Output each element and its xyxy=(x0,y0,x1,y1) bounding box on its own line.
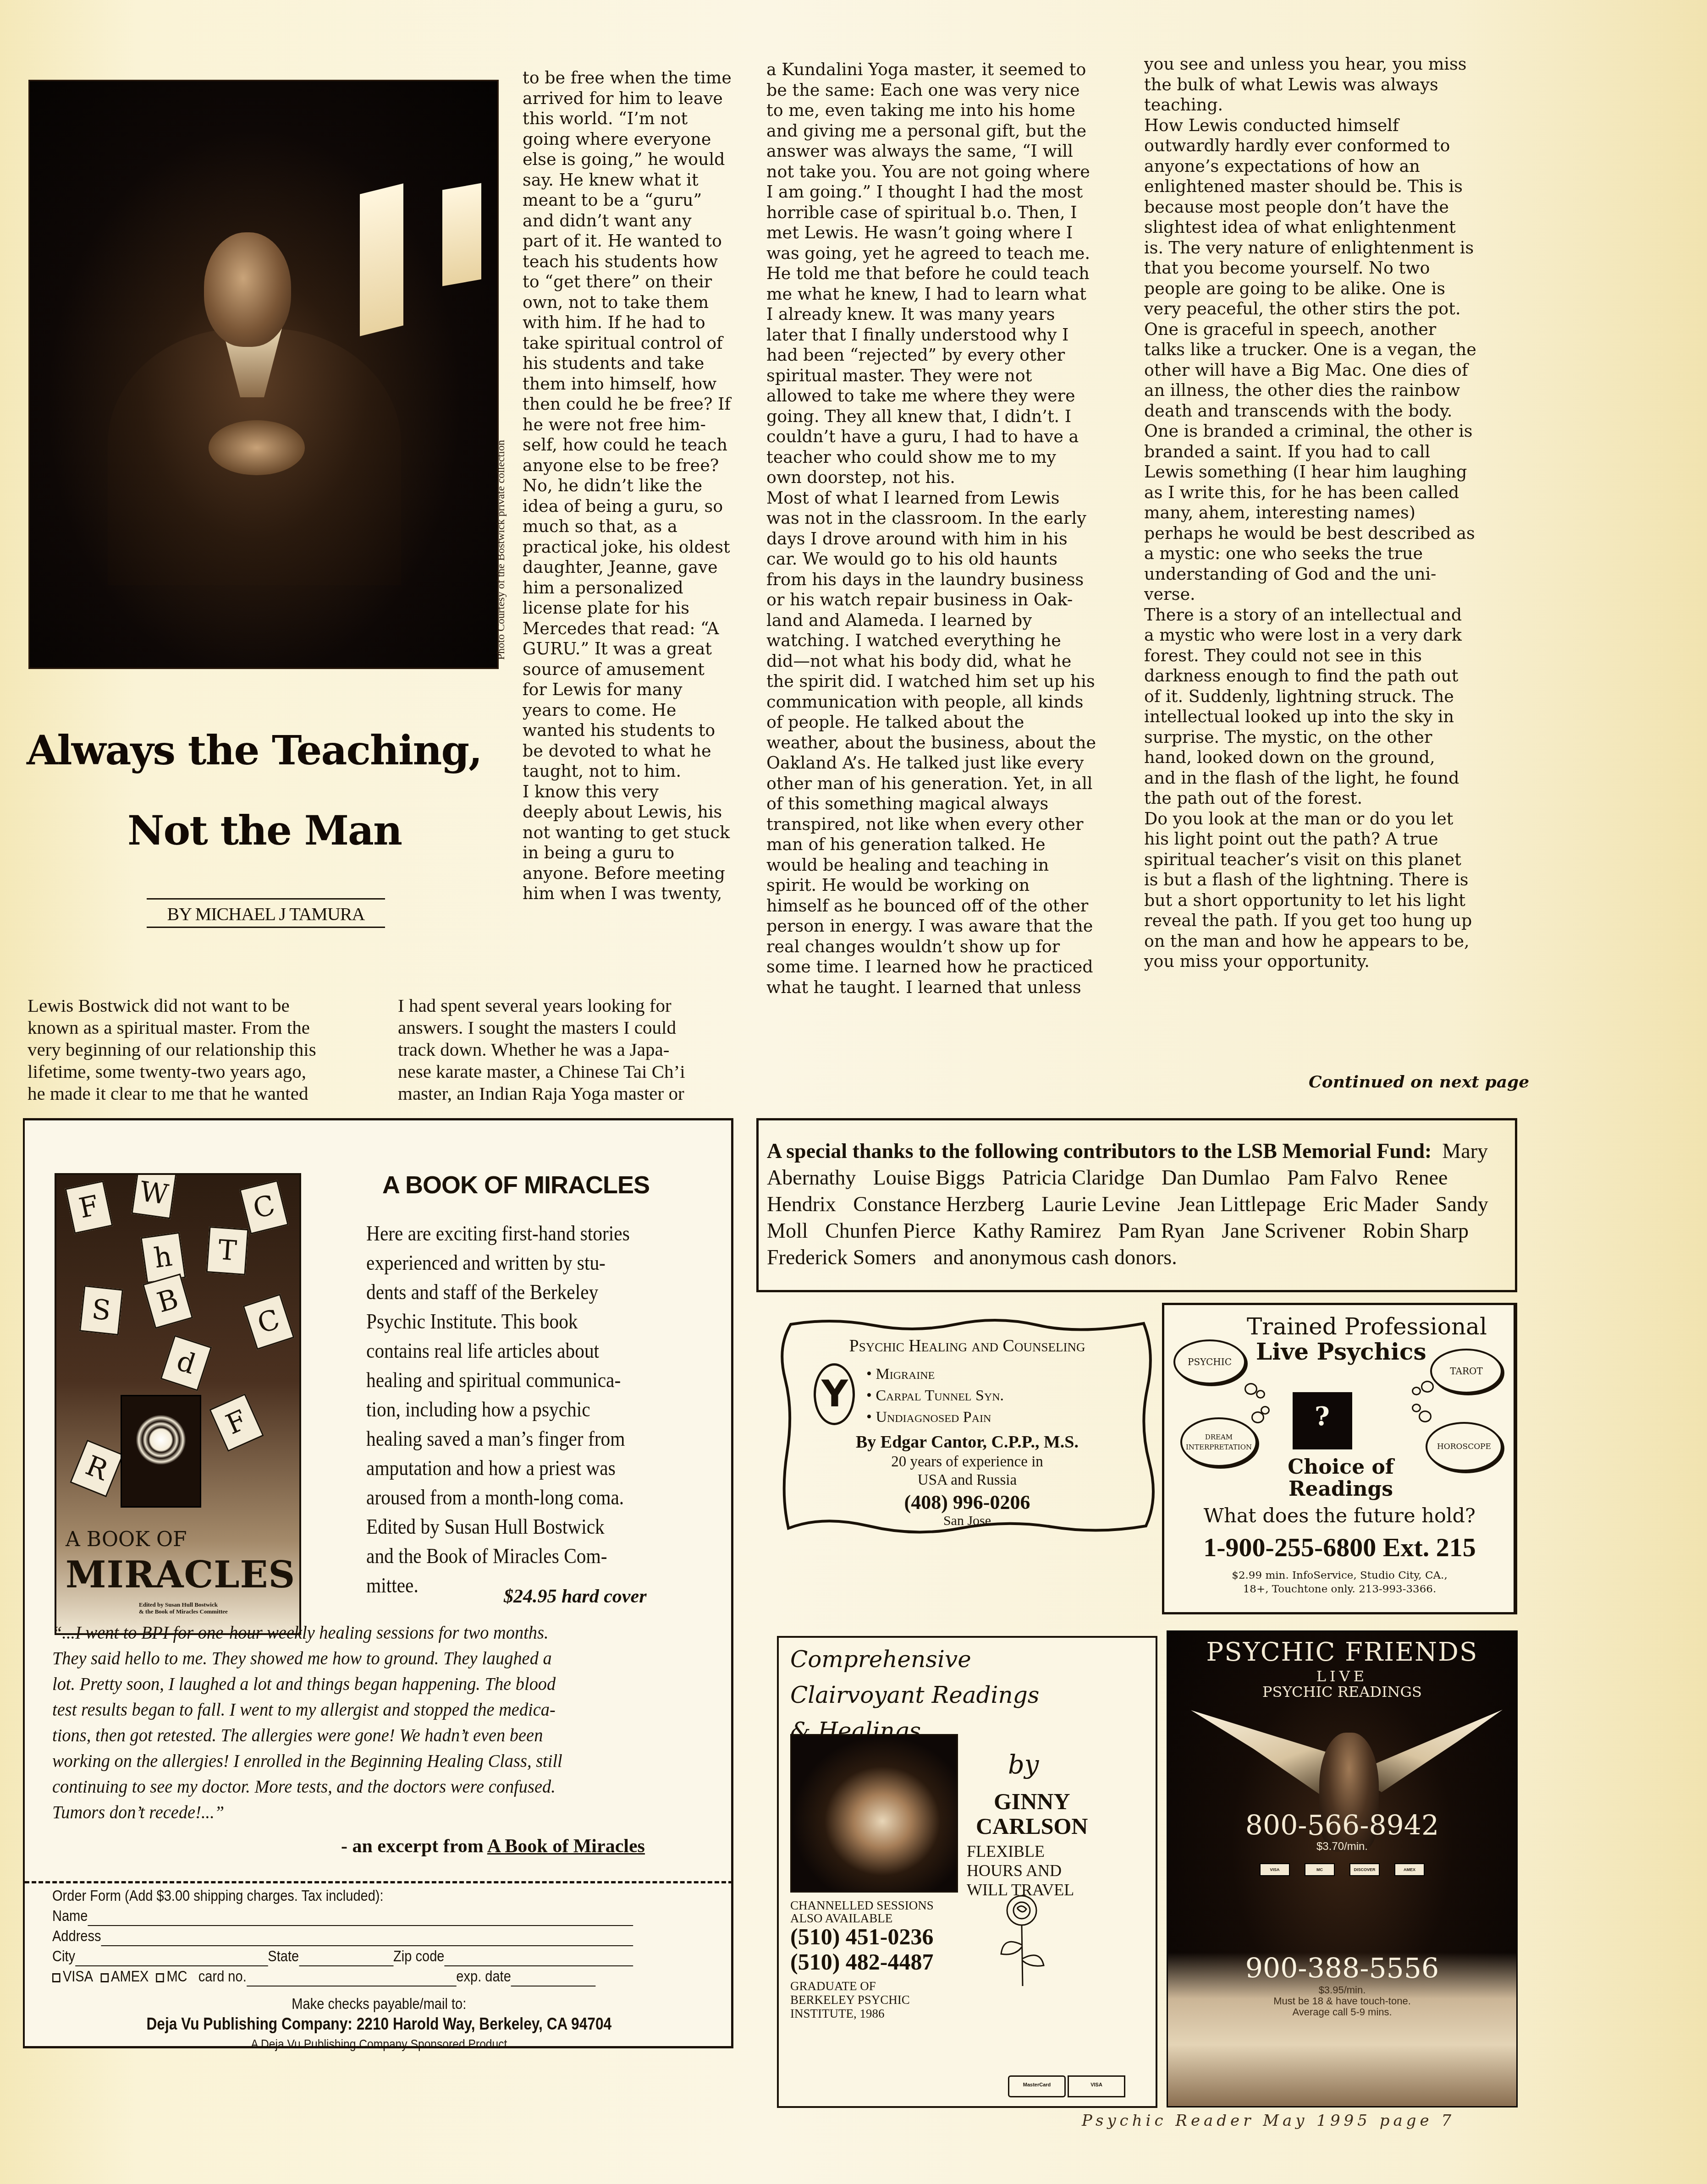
book-ad-title: A BOOK OF MIRACLES xyxy=(382,1171,650,1199)
friends-fine-print: $3.95/min. Must be 18 & have touch-tone.… xyxy=(1168,1985,1516,2018)
payable-note: Make checks payable/mail to: xyxy=(52,1994,706,2014)
name-field[interactable] xyxy=(88,1911,633,1926)
mastercard-logo-icon: MasterCard xyxy=(1008,2075,1066,2097)
contributor-name: Frederick Somers xyxy=(767,1246,916,1269)
healing-ad-title: Psychic Healing and Counseling xyxy=(798,1336,1137,1356)
mastercard-logo-icon: MC xyxy=(1305,1863,1335,1876)
amex-logo-icon: AMEX xyxy=(1394,1863,1425,1876)
friends-ad-title: PSYCHIC FRIENDS xyxy=(1168,1637,1516,1667)
thought-cloud-horoscope: HOROSCOPE xyxy=(1426,1422,1503,1471)
excerpt-source: - an excerpt from A Book of Miracles xyxy=(341,1835,645,1857)
thought-bubble-dot xyxy=(1256,1390,1265,1399)
contributor-name: Eric Mader xyxy=(1323,1192,1418,1216)
amex-checkbox[interactable]: AMEX xyxy=(100,1966,149,1986)
card-no-label: card no. xyxy=(198,1966,247,1986)
letter-tile: F xyxy=(65,1180,113,1234)
cut-here-dashed-line xyxy=(25,1881,733,1883)
contributors-closing: and anonymous cash donors. xyxy=(933,1246,1177,1269)
article-headline: Always the Teaching, xyxy=(27,726,482,774)
rose-icon xyxy=(994,1890,1049,1991)
letter-tile: F xyxy=(209,1394,264,1452)
visa-checkbox[interactable]: VISA xyxy=(52,1966,93,1986)
city-label: City xyxy=(52,1946,75,1966)
lewis-bostwick-photo xyxy=(28,80,499,669)
order-form: Order Form (Add $3.00 shipping charges. … xyxy=(52,1886,633,2054)
thought-bubble-dot xyxy=(1251,1411,1264,1423)
ginny-by: by xyxy=(1008,1750,1039,1780)
zip-field[interactable] xyxy=(444,1952,633,1966)
zip-label: Zip code xyxy=(393,1946,444,1966)
letter-tile: C xyxy=(239,1180,289,1235)
healer-experience: 20 years of experience in USA and Russia xyxy=(777,1453,1157,1489)
psychic-friends-ad: PSYCHIC FRIENDS LIVE PSYCHIC READINGS 80… xyxy=(1167,1630,1518,2107)
article-column-5: you see and unless you hear, you miss th… xyxy=(1144,54,1520,972)
checkbox-icon xyxy=(100,1973,109,1982)
discover-logo-icon: DISCOVER xyxy=(1349,1863,1380,1876)
contributor-name: Kathy Ramirez xyxy=(973,1219,1101,1242)
letter-tile: T xyxy=(206,1226,249,1275)
healing-services-list: • Migraine • Carpal Tunnel Syn. • Undiag… xyxy=(866,1363,1004,1428)
article-byline: BY MICHAEL J TAMURA xyxy=(147,898,385,928)
thought-bubble-dot xyxy=(1244,1383,1257,1395)
ginny-carlson-photo xyxy=(790,1734,958,1893)
live-ad-title-bold: Live Psychics xyxy=(1256,1338,1426,1365)
contributor-name: Louise Biggs xyxy=(873,1166,985,1189)
contributor-name: Pam Ryan xyxy=(1118,1219,1205,1242)
service-item: • Undiagnosed Pain xyxy=(866,1406,1004,1428)
healer-city: San Jose xyxy=(777,1513,1157,1529)
name-label: Name xyxy=(52,1906,88,1926)
book-ad-description: Here are exciting first-hand stories exp… xyxy=(366,1219,680,1600)
contributor-name: Jane Scrivener xyxy=(1222,1219,1346,1242)
visa-logo-icon: VISA xyxy=(1260,1863,1290,1876)
article-column-1: Lewis Bostwick did not want to be known … xyxy=(28,994,376,1104)
contributor-name: Laurie Levine xyxy=(1041,1192,1160,1216)
article-column-2: to be free when the time arrived for him… xyxy=(523,68,761,904)
contributor-name: Robin Sharp xyxy=(1363,1219,1469,1242)
letter-tile: R xyxy=(70,1440,124,1498)
page-footer: Psychic Reader May 1995 page 7 xyxy=(1082,2112,1455,2130)
contributor-name: Jean Littlepage xyxy=(1178,1192,1306,1216)
article-column-3: I had spent several years looking for an… xyxy=(398,994,746,1104)
letter-tile: B xyxy=(143,1273,193,1329)
thought-cloud-psychic: PSYCHIC xyxy=(1173,1339,1246,1384)
friends-phone-900: 900-388-5556 xyxy=(1168,1953,1516,1985)
thought-cloud-dream-interpretation: DREAM INTERPRETATION xyxy=(1180,1417,1257,1467)
checkbox-icon xyxy=(156,1973,165,1982)
article-headline-line2: Not the Man xyxy=(127,807,402,854)
state-field[interactable] xyxy=(299,1952,393,1966)
thought-bubble-dot xyxy=(1419,1410,1432,1422)
contributor-name: Pam Falvo xyxy=(1287,1166,1378,1189)
book-price: $24.95 hard cover xyxy=(504,1586,646,1608)
mc-checkbox[interactable]: MC xyxy=(156,1966,187,1986)
thought-bubble-dot xyxy=(1412,1387,1421,1395)
cover-credit: Edited by Susan Hull Bostwick & the Book… xyxy=(139,1601,228,1615)
lsb-memorial-fund-contributors: A special thanks to the following contri… xyxy=(756,1118,1517,1292)
continued-on-next-page: Continued on next page xyxy=(1309,1072,1529,1092)
excerpt-book-title: A Book of Miracles xyxy=(487,1836,645,1857)
visa-logo-icon: VISA xyxy=(1068,2075,1125,2097)
ginny-ad-headline: Comprehensive Clairvoyant Readings & Hea… xyxy=(790,1641,1039,1749)
address-label: Address xyxy=(52,1926,101,1946)
card-no-field[interactable] xyxy=(247,1972,457,1986)
contributor-name: Dan Dumlao xyxy=(1162,1166,1270,1189)
letter-tile: d xyxy=(160,1335,212,1391)
service-item: • Carpal Tunnel Syn. xyxy=(866,1385,1004,1406)
checkbox-icon xyxy=(52,1973,61,1982)
friends-card-logos: VISA MC DISCOVER AMEX xyxy=(1260,1863,1425,1876)
tree-of-life-logo-icon: Y xyxy=(814,1363,855,1425)
rose-icon xyxy=(136,1415,186,1465)
choice-of-readings: Choice of Readings xyxy=(1279,1456,1403,1500)
thought-bubble-dot xyxy=(1421,1381,1434,1393)
exp-date-field[interactable] xyxy=(511,1972,596,1986)
service-item: • Migraine xyxy=(866,1363,1004,1385)
thought-cloud-tarot: TAROT xyxy=(1430,1349,1503,1394)
photo-window-light xyxy=(442,183,481,286)
order-form-heading: Order Form (Add $3.00 shipping charges. … xyxy=(52,1886,633,1906)
friends-phone-800: 800-566-8942 xyxy=(1168,1810,1516,1842)
friends-ad-subtitle: PSYCHIC READINGS xyxy=(1168,1683,1516,1701)
live-ad-fine-print: $2.99 min. InfoService, Studio City, CA.… xyxy=(1164,1569,1515,1596)
ginny-phones: (510) 451-0236 (510) 482-4487 xyxy=(790,1924,933,1975)
psychic-healing-ad: Psychic Healing and Counseling Y • Migra… xyxy=(777,1315,1157,1535)
question-head-icon: ? xyxy=(1293,1392,1352,1449)
contributor-name: Chunfen Pierce xyxy=(825,1219,956,1242)
article-column-4: a Kundalini Yoga master, it seemed to be… xyxy=(766,60,1133,998)
live-psychics-ad: Trained Professional Live Psychics PSYCH… xyxy=(1162,1303,1517,1614)
ginny-graduate: GRADUATE OF BERKELEY PSYCHIC INSTITUTE, … xyxy=(790,1979,910,2020)
publisher-address: Deja Vu Publishing Company: 2210 Harold … xyxy=(52,2014,706,2034)
live-ad-title: Trained Professional xyxy=(1247,1313,1487,1340)
ginny-carlson-ad: Comprehensive Clairvoyant Readings & Hea… xyxy=(777,1636,1157,2108)
cover-title: A BOOK OF xyxy=(66,1528,187,1551)
photo-window-light xyxy=(360,183,403,336)
photo-figure-hands xyxy=(209,420,305,475)
letter-tile: C xyxy=(242,1294,294,1350)
book-excerpt: “...I went to BPI for one-hour weekly he… xyxy=(52,1620,686,1825)
healer-phone: (408) 996-0206 xyxy=(777,1491,1157,1514)
book-cover-image: F W C h T S B d C F R A BOOK OF MIRACLES… xyxy=(55,1173,301,1635)
cover-title-large: MIRACLES xyxy=(66,1553,295,1596)
letter-tile: W xyxy=(131,1173,176,1219)
live-ad-phone: 1-900-255-6800 Ext. 215 xyxy=(1164,1532,1515,1563)
healer-name: By Edgar Cantor, C.P.P., M.S. xyxy=(777,1432,1157,1452)
rose-box-illustration xyxy=(121,1395,201,1508)
contributor-name: Patricia Claridge xyxy=(1002,1166,1144,1189)
ginny-name: GINNY CARLSON xyxy=(976,1789,1088,1838)
state-label: State xyxy=(268,1946,299,1966)
book-of-miracles-ad: F W C h T S B d C F R A BOOK OF MIRACLES… xyxy=(23,1118,733,2048)
ginny-channelled: CHANNELLED SESSIONS ALSO AVAILABLE xyxy=(790,1899,934,1925)
contributors-lead: A special thanks to the following contri… xyxy=(767,1139,1432,1163)
thought-bubble-dot xyxy=(1412,1404,1421,1412)
letter-tile: S xyxy=(79,1285,123,1335)
city-field[interactable] xyxy=(75,1952,268,1966)
address-field[interactable] xyxy=(101,1932,633,1946)
sponsor-note: A Deja Vu Publishing Company Sponsored P… xyxy=(52,2034,706,2054)
live-ad-question: What does the future hold? xyxy=(1164,1504,1515,1527)
friends-rate-800: $3.70/min. xyxy=(1168,1840,1516,1853)
exp-date-label: exp. date xyxy=(456,1966,511,1986)
photo-credit: Photo Courtesy of the Bostwick private c… xyxy=(495,403,513,660)
contributor-name: Constance Herzberg xyxy=(853,1192,1024,1216)
photo-figure-head xyxy=(204,232,291,347)
friends-ad-live: LIVE xyxy=(1168,1668,1516,1685)
